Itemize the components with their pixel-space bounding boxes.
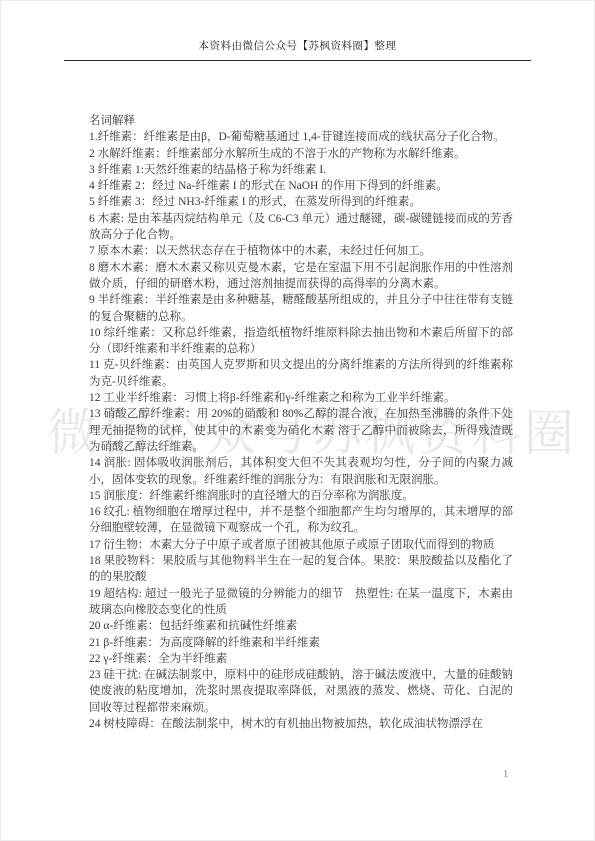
- definition-item: 15 润胀度：纤维素纤维润胀时的直径增大的百分率称为润胀度。: [89, 488, 513, 504]
- definition-item: 6 木素: 是由苯基丙烷结构单元（及 C6-C3 单元）通过醚键，碳-碳键链接而…: [89, 211, 513, 244]
- page-header: 本资料由微信公众号【苏枫资料圈】整理: [64, 38, 531, 61]
- definition-item: 1.纤维素：纤维素是由β，D-葡萄糖基通过 1,4-苷键连接而成的线状高分子化合…: [89, 129, 513, 145]
- definition-item: 4 纤维素 2：经过 Na-纤维素 I 的形式在 NaOH 的作用下得到的纤维素…: [89, 178, 513, 194]
- document-content: 名词解释 1.纤维素：纤维素是由β，D-葡萄糖基通过 1,4-苷键连接而成的线状…: [89, 113, 513, 732]
- definition-item: 13 硝酸乙醇纤维素：用 20%的硝酸和 80%乙醇的混合液，在加热至沸腾的条件…: [89, 406, 513, 455]
- definition-item: 3 纤维素 1:天然纤维素的结晶格子称为纤维素 I.: [89, 162, 513, 178]
- definition-item: 14 润胀: 固体吸收润胀剂后，其体积变大但不失其表观均匀性，分子间的内聚力减小…: [89, 455, 513, 488]
- definition-item: 10 综纤维素：又称总纤维素，指造纸植物纤维原料除去抽出物和木素后所留下的部分（…: [89, 325, 513, 358]
- definition-item: 19 超结构: 超过一般光子显微镜的分辨能力的细节 热塑性: 在某一温度下，木素…: [89, 586, 513, 619]
- header-text: 本资料由微信公众号【苏枫资料圈】整理: [199, 41, 397, 52]
- definition-item: 5 纤维素 3：经过 NH3-纤维素 I 的形式，在蒸发所得到的纤维素。: [89, 194, 513, 210]
- definition-item: 16 纹孔: 植物细胞在增厚过程中，并不是整个细胞都产生均匀增厚的，其未增厚的部…: [89, 504, 513, 537]
- definition-item: 7 原本木素：以天然状态存在于植物体中的木素，未经过任何加工。: [89, 243, 513, 259]
- definition-item: 11 克-贝纤维素：由英国人克罗斯和贝文提出的分离纤维素的方法所得到的纤维素称为…: [89, 357, 513, 390]
- definition-item: 17 衍生物：木素大分子中原子或者原子团被其他原子或原子团取代而得到的物质: [89, 537, 513, 553]
- page-number: 1: [503, 769, 508, 780]
- definition-item: 24 树枝障碍：在酸法制浆中，树木的有机抽出物被加热，软化成油状物漂浮在: [89, 716, 513, 732]
- definition-item: 20 α-纤维素：包括纤维素和抗碱性纤维素: [89, 618, 513, 634]
- definition-item: 22 γ-纤维素：全为半纤维素: [89, 651, 513, 667]
- definition-item: 8 磨木木素：磨木木素又称贝克曼木素，它是在室温下用不引起润胀作用的中性溶剂做介…: [89, 260, 513, 293]
- definition-item: 23 硅干扰: 在碱法制浆中，原料中的硅形成硅酸钠，溶于碱法废液中，大量的硅酸钠…: [89, 667, 513, 716]
- definition-item: 9 半纤维素：半纤维素是由多种糖基，糖醛酸基所组成的，并且分子中往往带有支链的复…: [89, 292, 513, 325]
- definition-item: 21 β-纤维素：为高度降解的纤维素和半纤维素: [89, 635, 513, 651]
- definition-item: 18 果胶物料：果胶质与其他物料半生在一起的复合体。果胶：果胶酸盐以及酯化了的的…: [89, 553, 513, 586]
- document-page: 本资料由微信公众号【苏枫资料圈】整理 微信公众号苏枫资料圈 名词解释 1.纤维素…: [0, 0, 595, 841]
- definition-item: 2 水解纤维素：纤维素部分水解所生成的不溶于水的产物称为水解纤维素。: [89, 146, 513, 162]
- definition-item: 12 工业半纤维素：习惯上将β-纤维素和γ-纤维素之和称为工业半纤维素。: [89, 390, 513, 406]
- page-title: 名词解释: [89, 113, 513, 129]
